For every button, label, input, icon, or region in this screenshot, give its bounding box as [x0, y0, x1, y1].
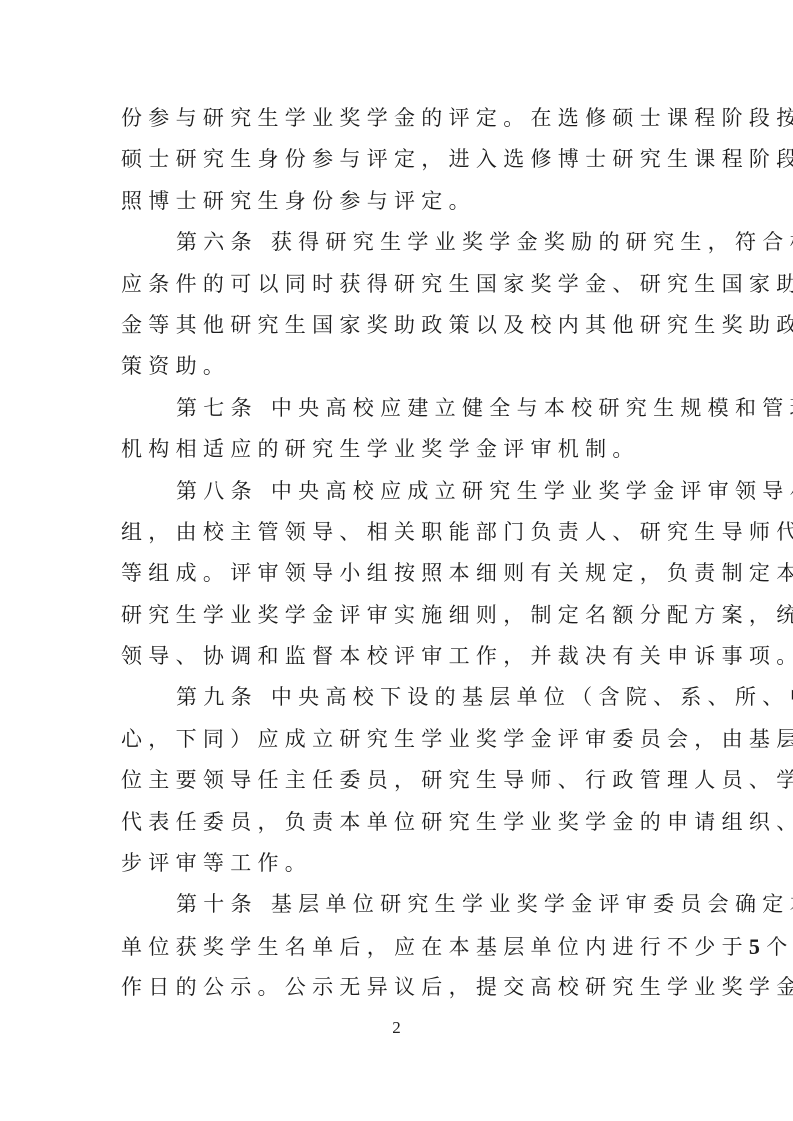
- text-line: 组，由校主管领导、相关职能部门负责人、研究生导师代表: [121, 512, 681, 553]
- text-line: 机构相适应的研究生学业奖学金评审机制。: [121, 429, 681, 470]
- article-8-first-line: 第八条 中央高校应成立研究生学业奖学金评审领导小: [121, 471, 681, 512]
- text-line: 位主要领导任主任委员，研究生导师、行政管理人员、学生: [121, 760, 681, 801]
- text-line: 领导、协调和监督本校评审工作，并裁决有关申诉事项。: [121, 636, 681, 677]
- text-line-with-bold-number: 单位获奖学生名单后，应在本基层单位内进行不少于5个工: [121, 926, 681, 967]
- article-7-first-line: 第七条 中央高校应建立健全与本校研究生规模和管理: [121, 388, 681, 429]
- document-page: 份参与研究生学业奖学金的评定。在选修硕士课程阶段按照 硕士研究生身份参与评定，进…: [0, 0, 793, 1121]
- text-line: 硕士研究生身份参与评定，进入选修博士研究生课程阶段按: [121, 139, 681, 180]
- text-line: 步评审等工作。: [121, 843, 681, 884]
- text-line: 应条件的可以同时获得研究生国家奖学金、研究生国家助学: [121, 264, 681, 305]
- text-line: 作日的公示。公示无异议后，提交高校研究生学业奖学金评: [121, 967, 681, 1008]
- page-number: 2: [0, 1018, 793, 1038]
- text-segment: 单位获奖学生名单后，应在本基层单位内进行不少于: [121, 935, 749, 959]
- text-line: 金等其他研究生国家奖助政策以及校内其他研究生奖助政: [121, 305, 681, 346]
- text-line: 策资助。: [121, 346, 681, 387]
- article-10-first-line: 第十条 基层单位研究生学业奖学金评审委员会确定本: [121, 884, 681, 925]
- text-line: 代表任委员，负责本单位研究生学业奖学金的申请组织、初: [121, 802, 681, 843]
- article-9-first-line: 第九条 中央高校下设的基层单位（含院、系、所、中: [121, 677, 681, 718]
- bold-number: 5: [749, 934, 766, 959]
- document-body: 份参与研究生学业奖学金的评定。在选修硕士课程阶段按照 硕士研究生身份参与评定，进…: [121, 98, 681, 1009]
- text-line: 份参与研究生学业奖学金的评定。在选修硕士课程阶段按照: [121, 98, 681, 139]
- article-6-first-line: 第六条 获得研究生学业奖学金奖励的研究生，符合相: [121, 222, 681, 263]
- text-line: 研究生学业奖学金评审实施细则，制定名额分配方案，统筹: [121, 595, 681, 636]
- text-line: 心，下同）应成立研究生学业奖学金评审委员会，由基层单: [121, 719, 681, 760]
- text-segment: 个工: [766, 935, 793, 959]
- text-line: 等组成。评审领导小组按照本细则有关规定，负责制定本校: [121, 553, 681, 594]
- text-line: 照博士研究生身份参与评定。: [121, 181, 681, 222]
